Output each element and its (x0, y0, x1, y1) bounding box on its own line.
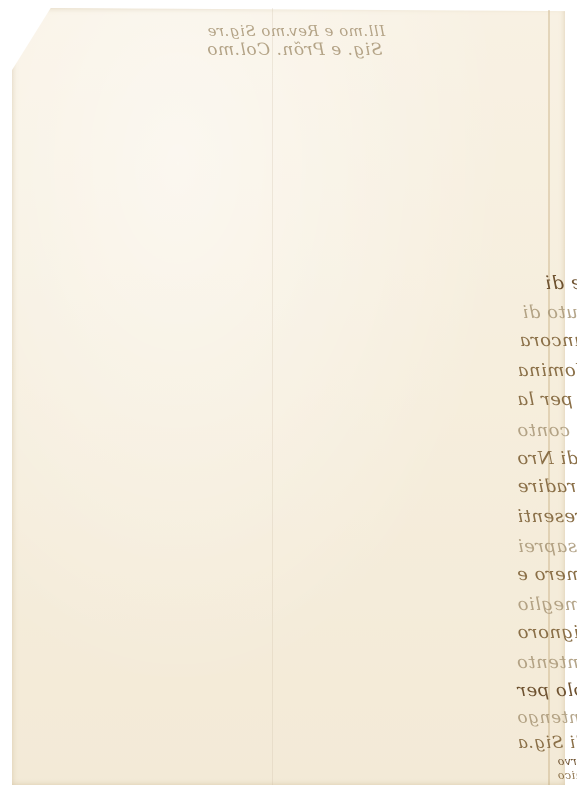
paper-sheet (12, 8, 565, 785)
body-line: altro che dichiararmi alla numero e (517, 564, 577, 585)
body-line: per pascere di espressioni, e rendo megl… (517, 594, 577, 615)
body-line: circostanze e circospezione non saprei (517, 536, 577, 557)
header-line-1: Ill.mo e Rev.mo Sig.re (207, 22, 385, 40)
body-line: ritrovarlo nelle sue lettere vengo ancor… (519, 330, 577, 351)
body-line: la mia debolezza, nelle presenti (517, 506, 577, 527)
body-line: quello col Sig. Card. Braschi l'ignoro (517, 622, 577, 643)
footer-line-2: Roma. 6. Giugno. 1759. Carlo Card. Rezzo… (557, 769, 577, 782)
body-line: Germania, e sapendo quanto conto (517, 420, 577, 441)
body-line: ogni mio merito la Santità di Nro (517, 448, 577, 469)
footer-line-1: Di V. S. Ill.ma e Rev.ma cui de' m' inch… (557, 755, 577, 768)
paper-fold (272, 8, 273, 785)
body-line: dell'Auditore della S. Rota per la (517, 389, 577, 410)
body-line: Sig.re, si degnerà di non disgradire (517, 476, 577, 497)
body-line: di offerirmi a Lei servitore anche di Si… (517, 733, 577, 753)
body-line: Venuta è mai rispetti al riverito nome d… (545, 272, 577, 294)
body-line: di far conoscere a V. S. ciò solo per (517, 680, 577, 701)
body-line: V. S. coll'occasione che ho avuto di (522, 302, 577, 323)
body-line: a dirle che ho avuto nuovamente la Nomin… (517, 360, 577, 381)
body-line: secondare il genio di quella, mantengo (517, 708, 577, 728)
body-line: e quanto giudico io essere all'intento (517, 652, 577, 673)
header-line-2: Sig. e Prõn. Col.mo (207, 40, 383, 60)
